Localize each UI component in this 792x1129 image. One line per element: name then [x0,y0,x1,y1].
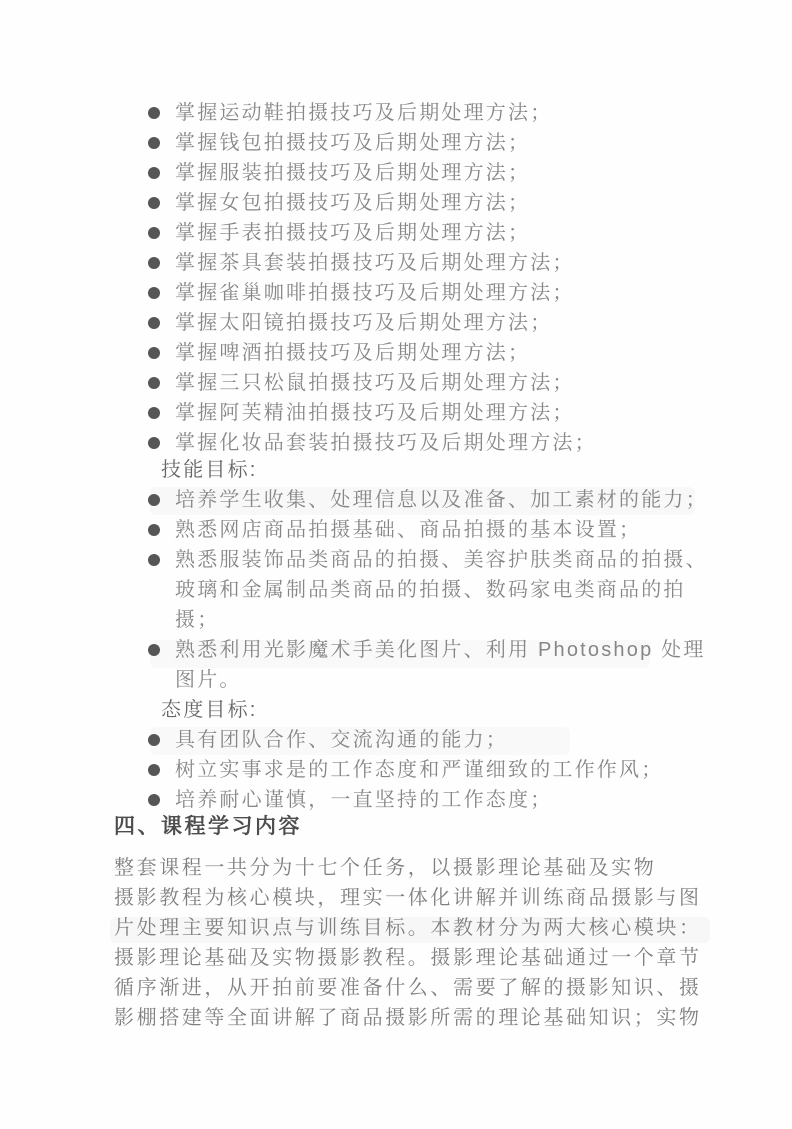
bullet-item-text: 培养耐心谨慎，一直坚持的工作态度； [175,785,552,815]
bullet-icon [148,347,160,359]
bullet-item: 掌握茶具套装拍摄技巧及后期处理方法； [148,248,792,278]
bullet-icon [148,494,160,506]
paragraph-line: 循序渐进，从开拍前要准备什么、需要了解的摄影知识、摄 [114,973,714,1003]
bullet-icon [148,734,160,746]
bullet-item-text: 掌握手表拍摄技巧及后期处理方法； [175,218,530,248]
bullet-item: 掌握啤酒拍摄技巧及后期处理方法； [148,338,792,368]
paragraph-line: 摄影理论基础及实物摄影教程。摄影理论基础通过一个章节 [114,943,714,973]
bullet-item: 具有团队合作、交流沟通的能力； [148,725,792,755]
bullet-item: 掌握雀巢咖啡拍摄技巧及后期处理方法； [148,278,792,308]
bullet-item: 掌握三只松鼠拍摄技巧及后期处理方法； [148,368,792,398]
bullet-item: 熟悉网店商品拍摄基础、商品拍摄的基本设置； [148,515,792,545]
bullet-icon [148,377,160,389]
bullet-icon [148,317,160,329]
bullet-icon [148,437,160,449]
bullet-icon [148,107,160,119]
bullet-item-text: 掌握太阳镜拍摄技巧及后期处理方法； [175,308,552,338]
skill-goals-list: 培养学生收集、处理信息以及准备、加工素材的能力； 熟悉网店商品拍摄基础、商品拍摄… [0,485,792,695]
bullet-icon [148,257,160,269]
bullet-icon [148,794,160,806]
page-content: 掌握运动鞋拍摄技巧及后期处理方法； 掌握钱包拍摄技巧及后期处理方法； 掌握服装拍… [0,0,792,1033]
paragraph-line: 整套课程一共分为十七个任务，以摄影理论基础及实物 [114,853,714,883]
skill-goals-label: 技能目标: [161,455,792,485]
bullet-item-text: 熟悉利用光影魔术手美化图片、利用 Photoshop 处理图片。 [175,635,706,695]
bullet-item-text: 掌握化妆品套装拍摄技巧及后期处理方法； [175,428,597,458]
bullet-item: 掌握运动鞋拍摄技巧及后期处理方法； [148,98,792,128]
bullet-item-text: 掌握女包拍摄技巧及后期处理方法； [175,188,530,218]
bullet-item: 熟悉服装饰品类商品的拍摄、美容护肤类商品的拍摄、玻璃和金属制品类商品的拍摄、数码… [148,545,792,635]
bullet-item-text: 熟悉网店商品拍摄基础、商品拍摄的基本设置； [175,515,641,545]
bullet-item-text: 树立实事求是的工作态度和严谨细致的工作作风； [175,755,663,785]
bullet-item: 培养耐心谨慎，一直坚持的工作态度； [148,785,792,815]
bullet-item-text: 掌握运动鞋拍摄技巧及后期处理方法； [175,98,552,128]
paragraph-line: 影棚搭建等全面讲解了商品摄影所需的理论基础知识；实物 [114,1003,714,1033]
bullet-item: 树立实事求是的工作态度和严谨细致的工作作风； [148,755,792,785]
bullet-item: 掌握服装拍摄技巧及后期处理方法； [148,158,792,188]
bullet-item-text: 掌握雀巢咖啡拍摄技巧及后期处理方法； [175,278,575,308]
bullet-item: 掌握手表拍摄技巧及后期处理方法； [148,218,792,248]
paragraph-line: 摄影教程为核心模块，理实一体化讲解并训练商品摄影与图 [114,883,714,913]
bullet-icon [148,137,160,149]
section-heading: 四、课程学习内容 [114,812,792,842]
bullet-icon [148,197,160,209]
bullet-icon [148,524,160,536]
bullet-item: 掌握阿芙精油拍摄技巧及后期处理方法； [148,398,792,428]
bullet-item-text: 具有团队合作、交流沟通的能力； [175,725,508,755]
paragraph-line: 片处理主要知识点与训练目标。本教材分为两大核心模块： [114,913,714,943]
bullet-item-text: 掌握茶具套装拍摄技巧及后期处理方法； [175,248,575,278]
bullet-item: 掌握女包拍摄技巧及后期处理方法； [148,188,792,218]
bullet-icon [148,407,160,419]
bullet-item-text: 掌握钱包拍摄技巧及后期处理方法； [175,128,530,158]
attitude-goals-label: 态度目标: [161,695,792,725]
attitude-goals-list: 具有团队合作、交流沟通的能力； 树立实事求是的工作态度和严谨细致的工作作风； 培… [0,725,792,815]
bullet-item: 掌握钱包拍摄技巧及后期处理方法； [148,128,792,158]
bullet-item: 掌握太阳镜拍摄技巧及后期处理方法； [148,308,792,338]
bullet-item: 掌握化妆品套装拍摄技巧及后期处理方法； [148,428,792,458]
bullet-item-text: 掌握服装拍摄技巧及后期处理方法； [175,158,530,188]
bullet-item-text: 培养学生收集、处理信息以及准备、加工素材的能力； [175,485,708,515]
bullet-item: 熟悉利用光影魔术手美化图片、利用 Photoshop 处理图片。 [148,635,792,695]
bullet-item-text: 熟悉服装饰品类商品的拍摄、美容护肤类商品的拍摄、玻璃和金属制品类商品的拍摄、数码… [175,545,708,635]
bullet-icon [148,764,160,776]
bullet-icon [148,287,160,299]
course-content-paragraph: 整套课程一共分为十七个任务，以摄影理论基础及实物 摄影教程为核心模块，理实一体化… [114,853,714,1033]
document-page: 掌握运动鞋拍摄技巧及后期处理方法； 掌握钱包拍摄技巧及后期处理方法； 掌握服装拍… [0,0,792,1129]
bullet-item-text: 掌握啤酒拍摄技巧及后期处理方法； [175,338,530,368]
bullet-icon [148,554,160,566]
knowledge-objectives-list: 掌握运动鞋拍摄技巧及后期处理方法； 掌握钱包拍摄技巧及后期处理方法； 掌握服装拍… [0,98,792,458]
bullet-item: 培养学生收集、处理信息以及准备、加工素材的能力； [148,485,792,515]
bullet-item-text: 掌握阿芙精油拍摄技巧及后期处理方法； [175,398,575,428]
bullet-icon [148,227,160,239]
bullet-icon [148,644,160,656]
bullet-item-text: 掌握三只松鼠拍摄技巧及后期处理方法； [175,368,575,398]
bullet-icon [148,167,160,179]
